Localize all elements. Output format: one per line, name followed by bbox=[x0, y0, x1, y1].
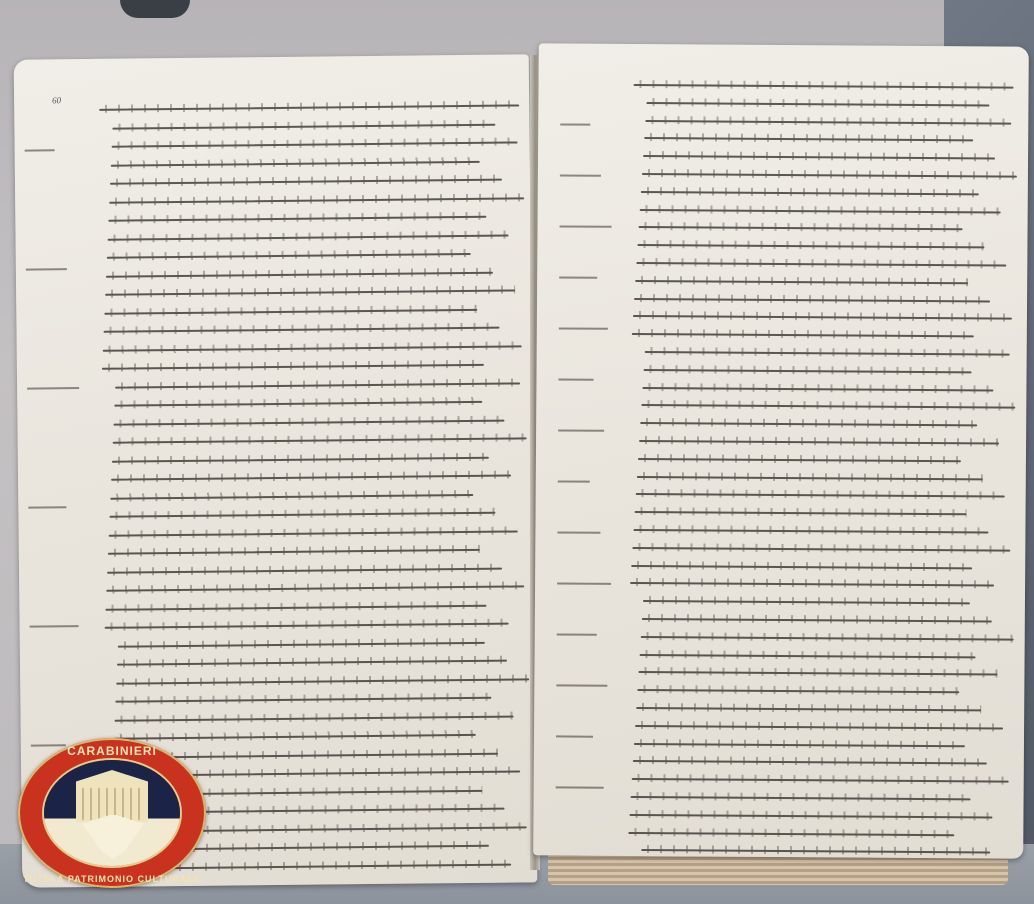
handwritten-line bbox=[640, 422, 977, 426]
handwritten-line bbox=[639, 226, 963, 230]
margin-note bbox=[560, 174, 601, 176]
margin-note bbox=[558, 429, 604, 431]
handwritten-line bbox=[106, 271, 493, 277]
handwritten-line bbox=[636, 493, 1005, 498]
margin-note bbox=[26, 268, 67, 270]
margin-note bbox=[559, 276, 597, 278]
handwritten-line bbox=[115, 715, 514, 721]
handwritten-line bbox=[635, 725, 1003, 730]
margin-note bbox=[560, 123, 590, 125]
margin-note bbox=[557, 582, 611, 584]
margin-note bbox=[27, 387, 79, 390]
carabinieri-badge: CARABINIERI TUTELA PATRIMONIO CULTURALE bbox=[18, 738, 206, 888]
handwritten-line bbox=[633, 315, 1012, 320]
badge-bottom-text: TUTELA PATRIMONIO CULTURALE bbox=[18, 874, 206, 884]
handwritten-line bbox=[638, 458, 961, 462]
right-page bbox=[533, 43, 1029, 858]
margin-note bbox=[560, 225, 612, 227]
badge-emblem bbox=[44, 760, 180, 866]
handwritten-line bbox=[645, 351, 1010, 356]
page-number: 60 bbox=[52, 95, 61, 105]
handwritten-line bbox=[639, 440, 999, 445]
handwritten-line bbox=[107, 253, 471, 259]
winged-emblem-icon bbox=[82, 815, 144, 859]
handwritten-line bbox=[105, 289, 515, 295]
margin-note bbox=[28, 506, 66, 508]
handwritten-line bbox=[637, 476, 983, 480]
handwritten-line bbox=[636, 707, 981, 711]
handwritten-line bbox=[104, 308, 477, 314]
handwritten-line bbox=[104, 327, 500, 333]
handwritten-line bbox=[116, 678, 529, 684]
handwritten-line bbox=[635, 280, 968, 284]
handwritten-line bbox=[641, 636, 1014, 641]
handwritten-line bbox=[637, 689, 959, 693]
handwritten-line bbox=[111, 160, 480, 166]
handwritten-line bbox=[109, 530, 518, 536]
handwritten-line bbox=[645, 120, 1011, 125]
margin-note bbox=[558, 480, 590, 482]
handwritten-line bbox=[110, 493, 473, 499]
handwritten-line bbox=[112, 141, 518, 147]
handwritten-line bbox=[112, 123, 495, 129]
handwritten-line bbox=[630, 582, 994, 587]
handwritten-line bbox=[632, 778, 1009, 783]
handwritten-line bbox=[640, 654, 976, 658]
handwritten-line bbox=[643, 155, 995, 159]
handwritten-line bbox=[110, 179, 502, 185]
handwritten-line bbox=[103, 345, 522, 351]
handwritten-line bbox=[117, 660, 507, 666]
handwritten-line bbox=[640, 209, 1001, 214]
handwritten-line bbox=[635, 511, 967, 515]
handwritten-line bbox=[629, 814, 992, 819]
margin-note bbox=[556, 735, 593, 737]
handwritten-line bbox=[105, 604, 486, 610]
margin-note bbox=[557, 633, 597, 635]
handwritten-line bbox=[106, 585, 524, 591]
margin-note bbox=[30, 625, 79, 628]
handwritten-line bbox=[634, 298, 990, 302]
handwritten-line bbox=[112, 456, 489, 462]
handwritten-line bbox=[102, 364, 484, 370]
handwritten-line bbox=[638, 671, 997, 676]
handwritten-line bbox=[642, 387, 993, 391]
handwritten-line bbox=[633, 529, 988, 533]
handwritten-line bbox=[108, 549, 480, 555]
margin-note bbox=[556, 684, 607, 686]
handwritten-line bbox=[632, 333, 974, 337]
handwritten-line bbox=[109, 197, 524, 203]
handwritten-line bbox=[631, 565, 972, 569]
handwritten-line bbox=[113, 419, 504, 425]
handwritten-line bbox=[644, 369, 972, 373]
handwritten-line bbox=[636, 262, 1006, 267]
handwritten-line bbox=[99, 104, 519, 110]
handwritten-line bbox=[631, 796, 971, 800]
handwritten-line bbox=[115, 697, 491, 703]
handwritten-line bbox=[108, 216, 486, 222]
handwritten-line bbox=[107, 567, 502, 573]
handwritten-line bbox=[642, 618, 992, 622]
handwritten-line bbox=[634, 84, 1014, 89]
handwritten-line bbox=[646, 102, 989, 106]
handwritten-line bbox=[641, 191, 979, 195]
handwritten-line bbox=[109, 512, 495, 518]
handwritten-line bbox=[105, 623, 509, 629]
handwritten-line bbox=[632, 547, 1010, 552]
handwritten-line bbox=[643, 600, 970, 604]
handwritten-line bbox=[113, 437, 527, 443]
handwritten-line bbox=[114, 401, 482, 407]
margin-note bbox=[556, 786, 604, 788]
handwritten-line bbox=[644, 137, 973, 141]
badge-top-text: CARABINIERI bbox=[18, 744, 206, 758]
handwritten-line bbox=[108, 234, 509, 240]
handwritten-line bbox=[641, 404, 1015, 409]
margin-note bbox=[558, 378, 593, 380]
margin-note bbox=[557, 531, 600, 533]
handwritten-line bbox=[642, 173, 1017, 178]
handwritten-line bbox=[637, 244, 984, 248]
handwritten-line bbox=[641, 849, 990, 853]
background-object bbox=[120, 0, 190, 18]
handwritten-line bbox=[633, 760, 987, 764]
handwritten-line bbox=[118, 641, 485, 647]
handwritten-line bbox=[111, 475, 511, 481]
handwritten-line bbox=[628, 832, 954, 836]
handwritten-line bbox=[115, 382, 520, 388]
handwritten-line bbox=[634, 743, 965, 747]
margin-note bbox=[25, 149, 55, 151]
margin-note bbox=[559, 327, 608, 329]
